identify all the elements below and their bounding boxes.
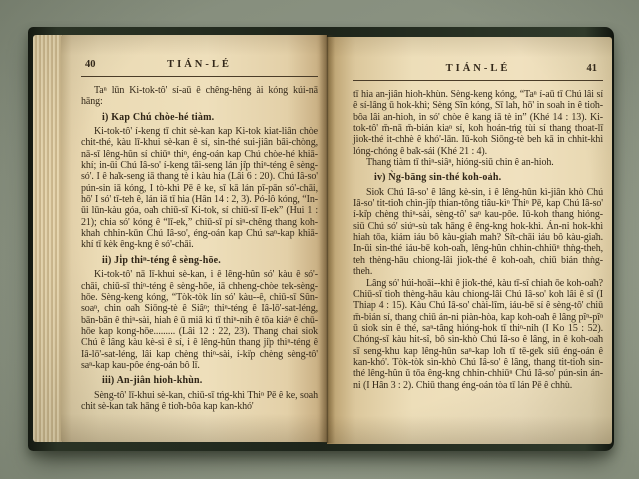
stacked-page-edges (33, 35, 62, 442)
page-number-right: 41 (587, 63, 598, 74)
left-page: 40 TIÁN-LÉ Taⁿ lūn Ki-tok-tô' sí-aū ê ch… (61, 35, 327, 442)
section-heading-iv: iv) Ǹg-bāng sin-thé koh-oa̍h. (374, 172, 603, 183)
right-page-content: TIÁN-LÉ 41 tī hia an-jiân hioh-khùn. Sèn… (327, 37, 612, 444)
body-paragraph: Ki-tok-tô' nā lī-khui sè-kan, i ê lêng-h… (81, 269, 318, 371)
body-paragraph: Ki-tok-tô' í-keng tī chit sè-kan kap Ki-… (81, 126, 318, 251)
section-heading-iii: iii) An-jiân hioh-khùn. (102, 375, 318, 386)
body-paragraph: Lâng só' húi-hoāi--khì ê jio̍k-thé, kàu … (353, 278, 603, 391)
body-paragraph: Taⁿ lūn Ki-tok-tô' sí-aū ê chêng-hêng ài… (81, 85, 318, 108)
left-page-header: 40 TIÁN-LÉ (81, 59, 318, 77)
left-page-content: 40 TIÁN-LÉ Taⁿ lūn Ki-tok-tô' sí-aū ê ch… (61, 35, 327, 442)
section-heading-i: i) Kap Chú chòe-hé tiàm. (102, 112, 318, 123)
body-paragraph-continuation: tī hia an-jiân hioh-khùn. Sèng-keng kóng… (353, 89, 603, 157)
right-page: TIÁN-LÉ 41 tī hia an-jiân hioh-khùn. Sèn… (327, 37, 612, 444)
open-book: 40 TIÁN-LÉ Taⁿ lūn Ki-tok-tô' sí-aū ê ch… (28, 27, 614, 451)
left-page-body: Taⁿ lūn Ki-tok-tô' sí-aū ê chêng-hêng ài… (81, 85, 318, 412)
right-page-body: tī hia an-jiân hioh-khùn. Sèng-keng kóng… (353, 89, 603, 391)
body-paragraph: Sio̍k Chú Iâ-so' ê lâng kè-sin, i ê lêng… (353, 187, 603, 278)
section-heading-ii: ii) Ji̍p thiⁿ-téng ê sèng-hōe. (102, 255, 318, 266)
body-paragraph: Thang tiàm tī thiⁿ-siâⁿ, hióng-siū chin … (353, 157, 603, 168)
photo-background: 40 TIÁN-LÉ Taⁿ lūn Ki-tok-tô' sí-aū ê ch… (0, 0, 639, 479)
running-title-left: TIÁN-LÉ (81, 59, 318, 70)
body-paragraph: Sèng-tô' lī-khui sè-kan, chiū-sī tńg-khì… (81, 390, 318, 413)
running-title-right: TIÁN-LÉ (353, 63, 603, 74)
right-page-header: TIÁN-LÉ 41 (353, 63, 603, 81)
